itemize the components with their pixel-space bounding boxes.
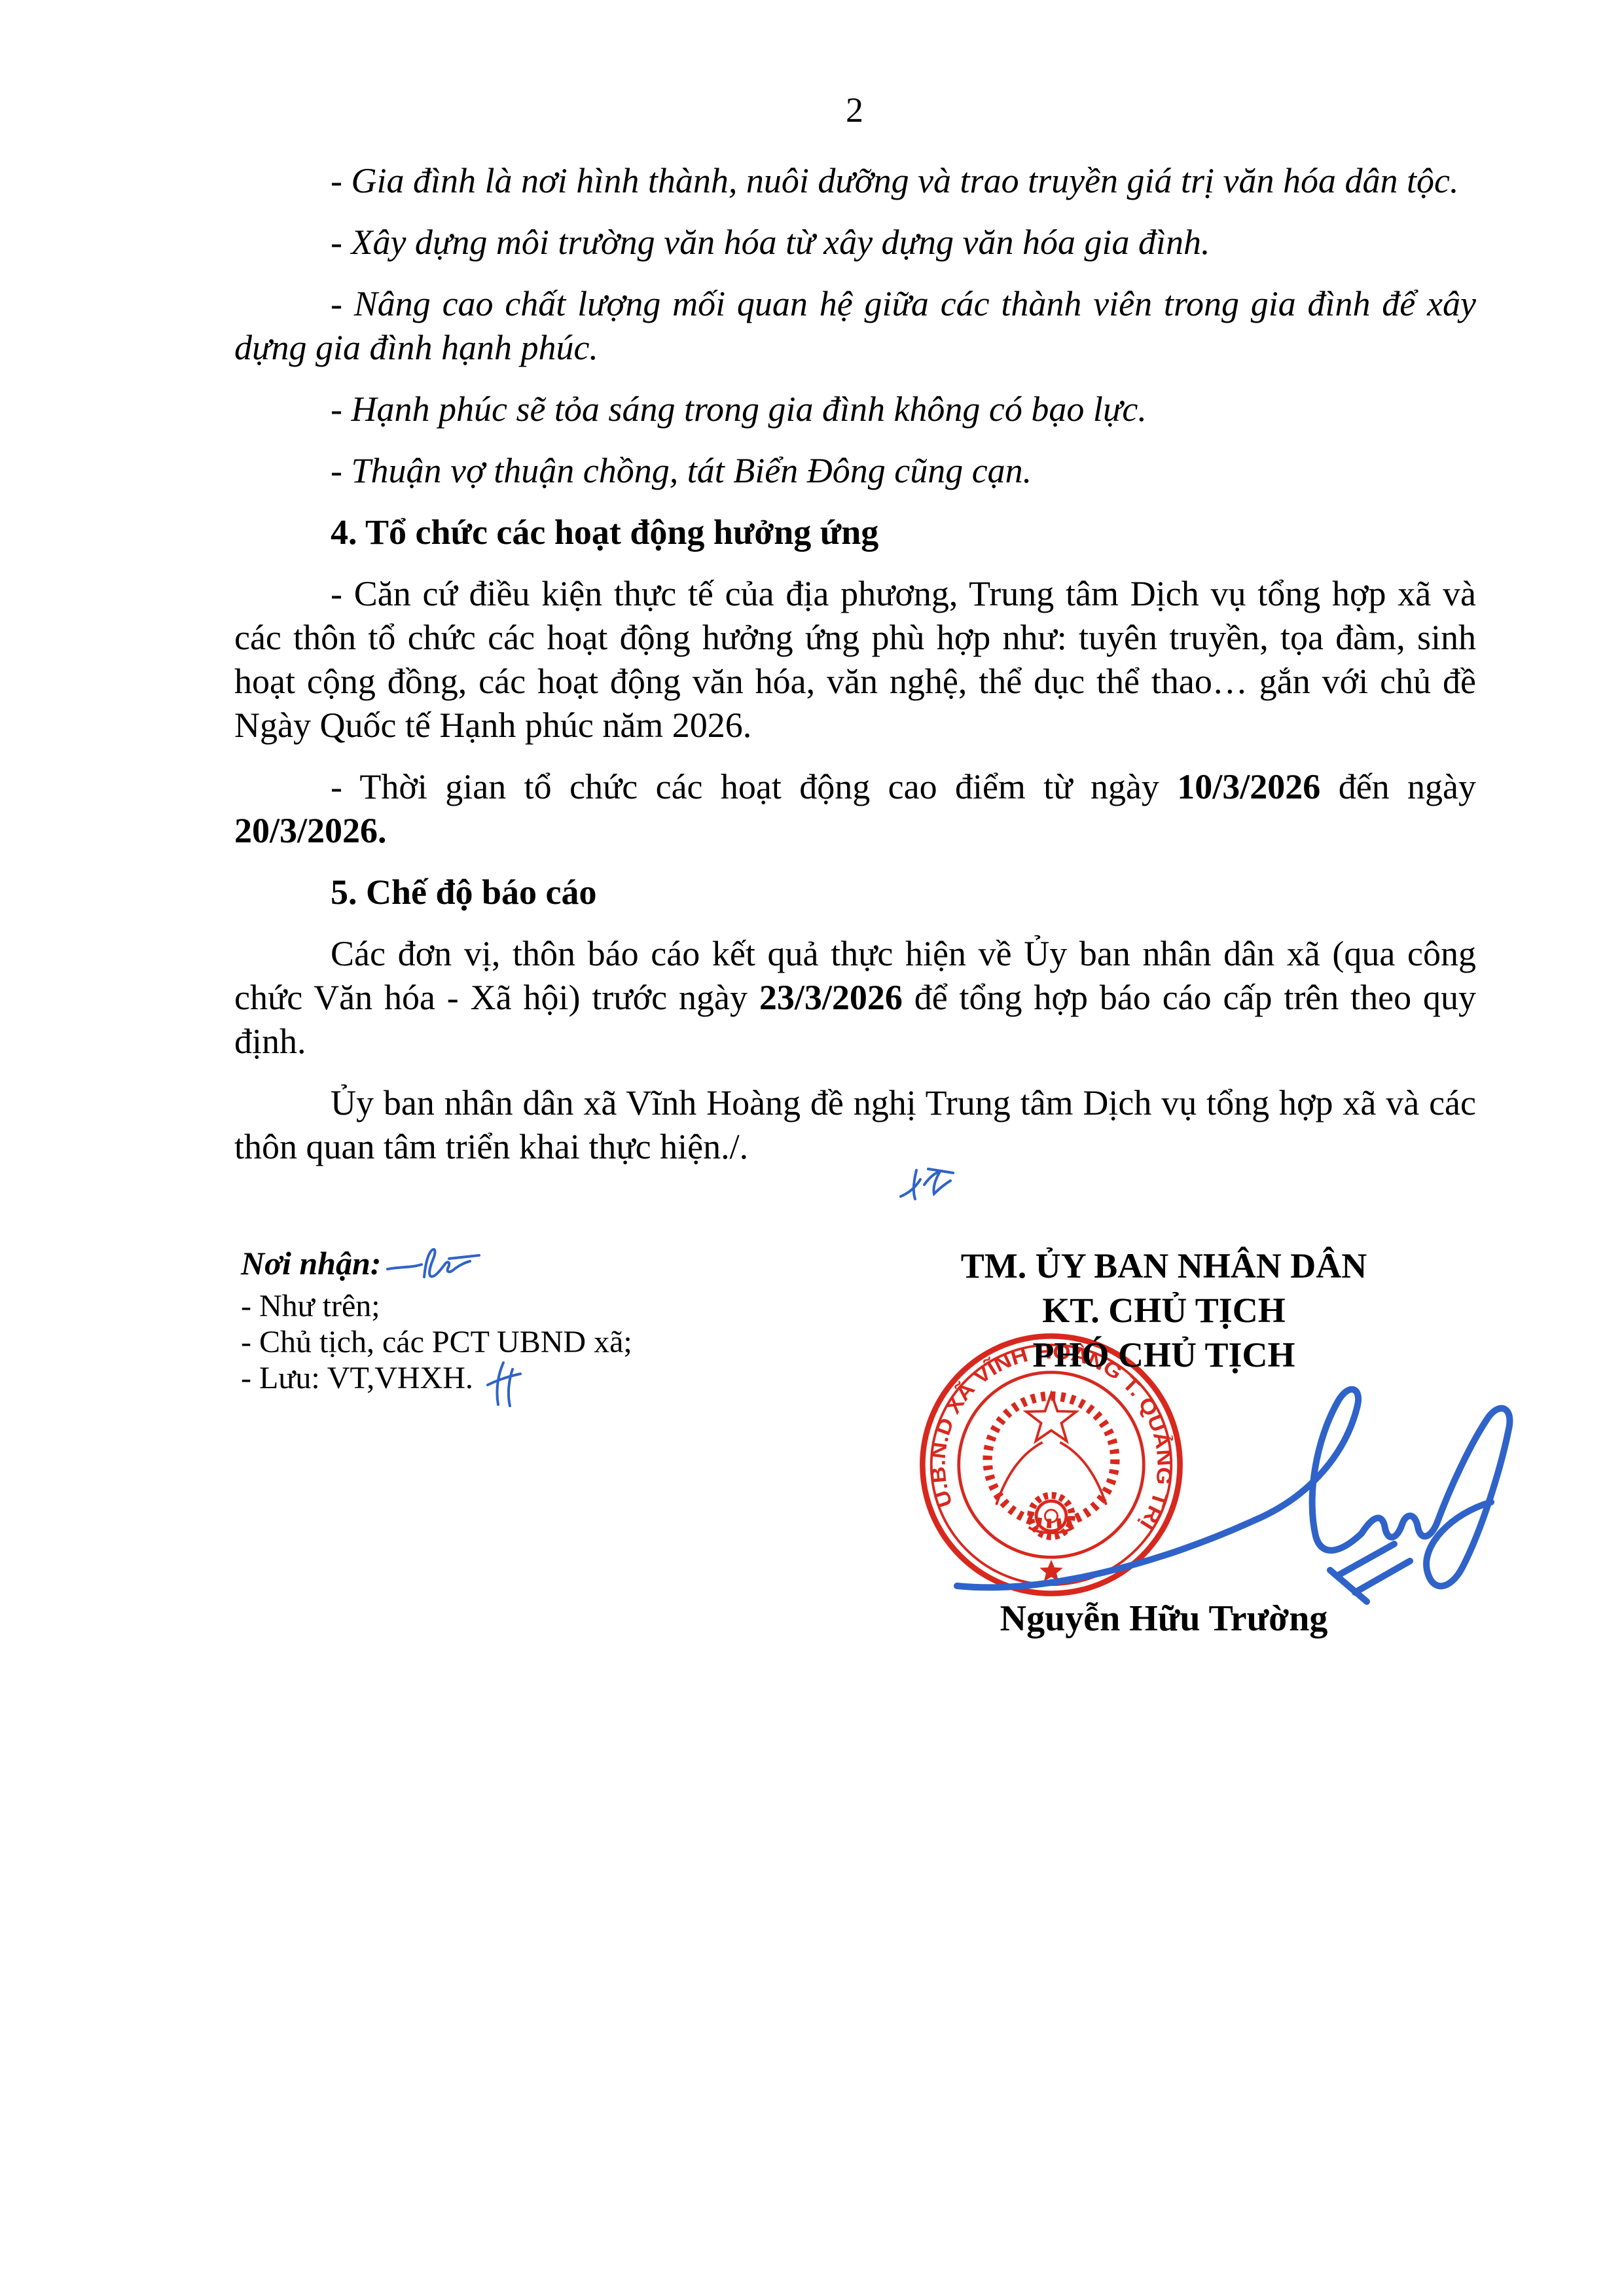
paragraph: - Thời gian tổ chức các hoạt động cao đi… [234,765,1476,853]
paragraph: - Hạnh phúc sẽ tỏa sáng trong gia đình k… [234,387,1476,431]
paragraph: Các đơn vị, thôn báo cáo kết quả thực hi… [234,932,1476,1064]
recipients-title: Nơi nhận: [241,1245,381,1282]
recipient-item: - Chủ tịch, các PCT UBND xã; [241,1324,738,1360]
paragraph: - Xây dựng môi trường văn hóa từ xây dựn… [234,221,1476,264]
authority-line-2: KT. CHỦ TỊCH [944,1288,1384,1333]
section-heading: 5. Chế độ báo cáo [234,870,1476,914]
initials-scribble-luu [480,1359,527,1408]
document-page: 2 - Gia đình là nơi hình thành, nuôi dưỡ… [0,0,1624,2296]
section-heading: 4. Tổ chức các hoạt động hưởng ứng [234,511,1476,554]
page-number: 2 [234,90,1475,130]
paragraph: - Thuận vợ thuận chồng, tát Biển Đông cũ… [234,449,1476,493]
paragraph: Ủy ban nhân dân xã Vĩnh Hoàng đề nghị Tr… [234,1081,1476,1169]
paragraph: - Nâng cao chất lượng mối quan hệ giữa c… [234,282,1476,370]
initials-scribble-recipients [385,1246,484,1282]
signature [947,1345,1521,1626]
recipient-item: - Như trên; [241,1288,738,1324]
authority-line-1: TM. ỦY BAN NHÂN DÂN [944,1244,1384,1288]
paragraph: - Căn cứ điều kiện thực tế của địa phươn… [234,572,1476,747]
document-body: - Gia đình là nơi hình thành, nuôi dưỡng… [234,159,1476,1169]
paragraph: - Gia đình là nơi hình thành, nuôi dưỡng… [234,159,1476,203]
initials-scribble-closing [894,1164,957,1204]
